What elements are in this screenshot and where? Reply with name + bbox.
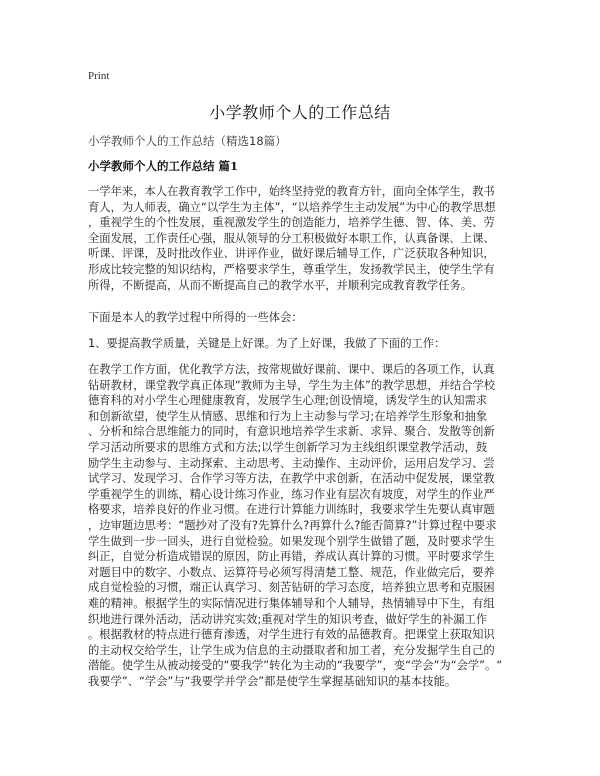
text-line: ，边审题边思考：“题抄对了没有?先算什么?再算什么?能否简算?”计算过程中要求 (88, 518, 524, 534)
text-line: 织地进行课外活动，活动讲究实效;重视对学生的知识考查，做好学生的补漏工作 (88, 612, 524, 628)
text-line: 我要学”、“学会”与“我要学并学会”都是使学生掌握基础知识的基本技能。 (88, 674, 524, 690)
text-line: 潜能。使学生从被动接受的“要我学”转化为主动的“我要学”，变“学会”为“会学”。… (88, 658, 524, 674)
text-line: 难的精神。根据学生的实际情况进行集体辅导和个人辅导，热情辅导中下生，有组 (88, 596, 524, 612)
paragraph-teaching-work: 在教学工作方面，优化教学方法，按常规做好课前、课中、课后的各项工作，认真 钻研教… (88, 362, 524, 689)
text-line: 形成比较完整的知识结构，严格要求学生，尊重学生，发扬教学民主，使学生学有 (88, 262, 524, 278)
text-line: 纠正，自觉分析造成错误的原因，防止再错，养成认真计算的习惯。平时要求学生 (88, 549, 524, 565)
text-line: 。根据教材的特点进行德育渗透，对学生进行有效的品德教育。把课堂上获取知识 (88, 627, 524, 643)
text-line: 钻研教材，课堂教学真正体现“教师为主导，学生为主体”的教学思想，并结合学校 (88, 378, 524, 394)
paragraph-lead-in: 下面是本人的教学过程中所得的一些体会： (88, 310, 524, 326)
text-line: 育人，为人师表，确立“以学生为主体”，“以培养学生主动发展”为中心的教学思想 (88, 200, 524, 216)
text-line: 学生做到一步一回头，进行自觉检验。如果发现个别学生做错了题，及时要求学生 (88, 534, 524, 550)
text-line: 听课、评课，及时批改作业、讲评作业，做好课后辅导工作，广泛获取各种知识， (88, 246, 524, 262)
text-line: 、分析和综合思维能力的同时，有意识地培养学生求新、求异、聚合、发散等创新 (88, 424, 524, 440)
text-line: 成自觉检验的习惯，端正认真学习、刻苦钻研的学习态度，培养独立思考和克服困 (88, 580, 524, 596)
text-line: 德育科的对小学生心理健康教育，发展学生心理;创设情境，诱发学生的认知需求 (88, 393, 524, 409)
text-line: 下面是本人的教学过程中所得的一些体会： (88, 310, 524, 326)
document-subtitle: 小学教师个人的工作总结（精选18篇） (88, 133, 287, 149)
text-line: 全面发展，工作责任心强，服从领导的分工积极做好本职工作，认真备课、上课、 (88, 231, 524, 247)
paragraph-intro: 一学年来，本人在教育教学工作中，始终坚持党的教育方针，面向全体学生，教书 育人，… (88, 184, 524, 293)
text-line: 学重视学生的训练，精心设计练习作业，练习作业有层次有坡度，对学生的作业严 (88, 487, 524, 503)
text-line: 在教学工作方面，优化教学方法，按常规做好课前、课中、课后的各项工作，认真 (88, 362, 524, 378)
text-line: ，重视学生的个性发展，重视激发学生的创造能力，培养学生德、智、体、美、劳 (88, 215, 524, 231)
text-line: 学习活动所要求的思维方式和方法;以学生创新学习为主线组织课堂教学活动，鼓 (88, 440, 524, 456)
section-heading: 小学教师个人的工作总结 篇1 (88, 158, 238, 174)
text-line: 和创新欲望，使学生从情感、思维和行为上主动参与学习;在培养学生形象和抽象 (88, 409, 524, 425)
text-line: 对题目中的数字、小数点、运算符号必须写得清楚工整、规范，作业做完后，要养 (88, 565, 524, 581)
text-line: 励学生主动参与、主动探索、主动思考、主动操作、主动评价，运用启发学习、尝 (88, 456, 524, 472)
print-label[interactable]: Print (88, 70, 109, 82)
paragraph-point-1: 1、要提高教学质量，关键是上好课。为了上好课，我做了下面的工作： (88, 336, 524, 352)
text-line: 1、要提高教学质量，关键是上好课。为了上好课，我做了下面的工作： (88, 336, 524, 352)
page-title: 小学教师个人的工作总结 (0, 100, 600, 123)
text-line: 试学习、发现学习、合作学习等方法，在教学中求创新，在活动中促发展，课堂教 (88, 471, 524, 487)
text-line: 格要求，培养良好的作业习惯。在进行计算能力训练时，我要求学生先要认真审题 (88, 502, 524, 518)
text-line: 所得，不断提高，从而不断提高自己的教学水平，并顺利完成教育教学任务。 (88, 278, 524, 294)
text-line: 的主动权交给学生，让学生成为信息的主动摄取者和加工者，充分发掘学生自己的 (88, 643, 524, 659)
text-line: 一学年来，本人在教育教学工作中，始终坚持党的教育方针，面向全体学生，教书 (88, 184, 524, 200)
